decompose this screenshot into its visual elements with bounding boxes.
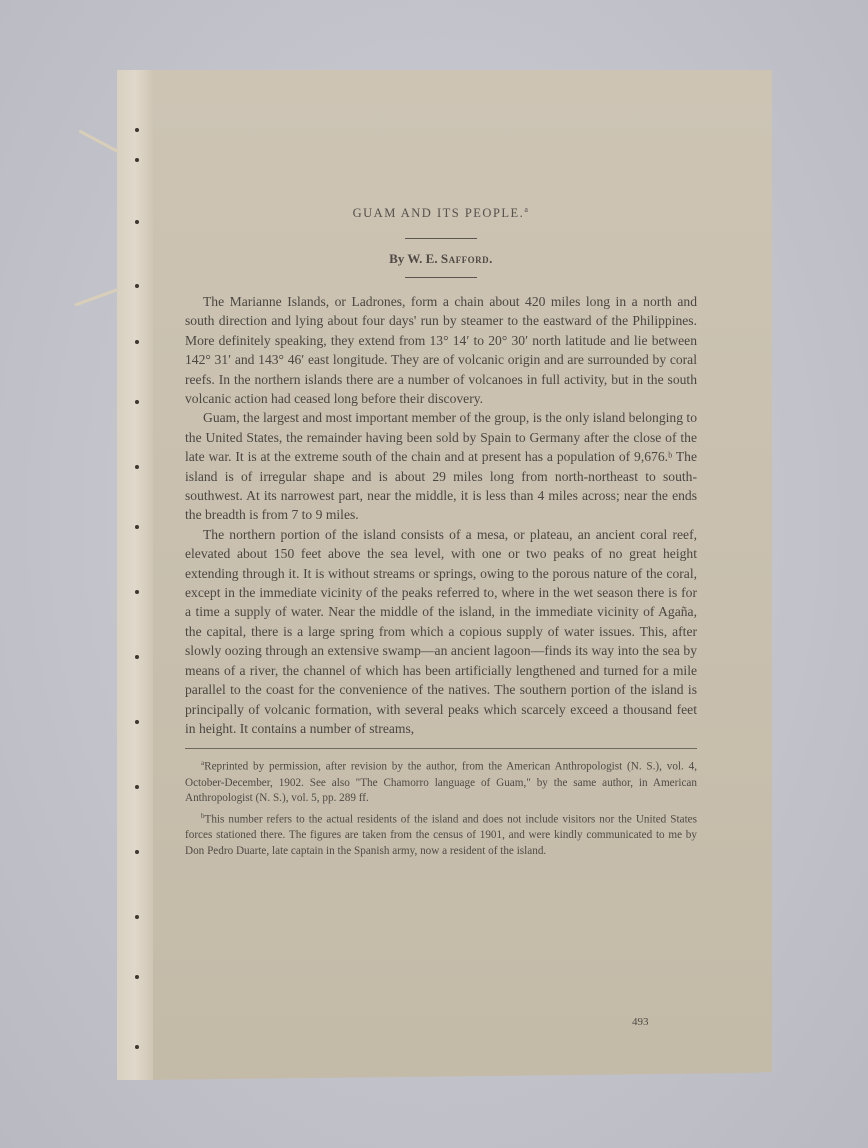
stitch-hole — [135, 1045, 139, 1049]
paragraph: Guam, the largest and most important mem… — [185, 408, 697, 524]
stitch-hole — [135, 158, 139, 162]
stitch-hole — [135, 975, 139, 979]
stitched-binding-edge — [117, 70, 153, 1080]
title-footnote-marker: a — [524, 205, 529, 214]
paragraph: The Marianne Islands, or Ladrones, form … — [185, 292, 697, 408]
stitch-hole — [135, 465, 139, 469]
stitch-hole — [135, 128, 139, 132]
stitch-hole — [135, 220, 139, 224]
stitch-hole — [135, 655, 139, 659]
article-body: The Marianne Islands, or Ladrones, form … — [185, 292, 697, 738]
stitch-hole — [135, 284, 139, 288]
stitch-hole — [135, 525, 139, 529]
paragraph: The northern portion of the island consi… — [185, 525, 697, 738]
stitch-hole — [135, 915, 139, 919]
page-number: 493 — [632, 1016, 649, 1028]
byline: By W. E. Safford. — [185, 249, 697, 268]
article-title-text: GUAM AND ITS PEOPLE. — [353, 206, 525, 220]
byline-prefix: By W. E. — [389, 251, 441, 266]
article: GUAM AND ITS PEOPLE.a By W. E. Safford. … — [185, 200, 697, 861]
stitch-hole — [135, 785, 139, 789]
footnote: bThis number refers to the actual reside… — [185, 809, 697, 860]
footnote-text: This number refers to the actual residen… — [185, 814, 697, 857]
stitch-hole — [135, 720, 139, 724]
article-title: GUAM AND ITS PEOPLE.a — [185, 200, 697, 224]
footnote-text: Reprinted by permission, after revision … — [185, 761, 697, 804]
stitch-hole — [135, 340, 139, 344]
footnotes: aReprinted by permission, after revision… — [185, 748, 697, 859]
byline-rule — [405, 277, 477, 278]
stitch-hole — [135, 400, 139, 404]
footnote: aReprinted by permission, after revision… — [185, 756, 697, 807]
stitch-hole — [135, 590, 139, 594]
stitch-hole — [135, 850, 139, 854]
title-rule — [405, 238, 477, 239]
author-surname: Safford. — [441, 251, 493, 266]
